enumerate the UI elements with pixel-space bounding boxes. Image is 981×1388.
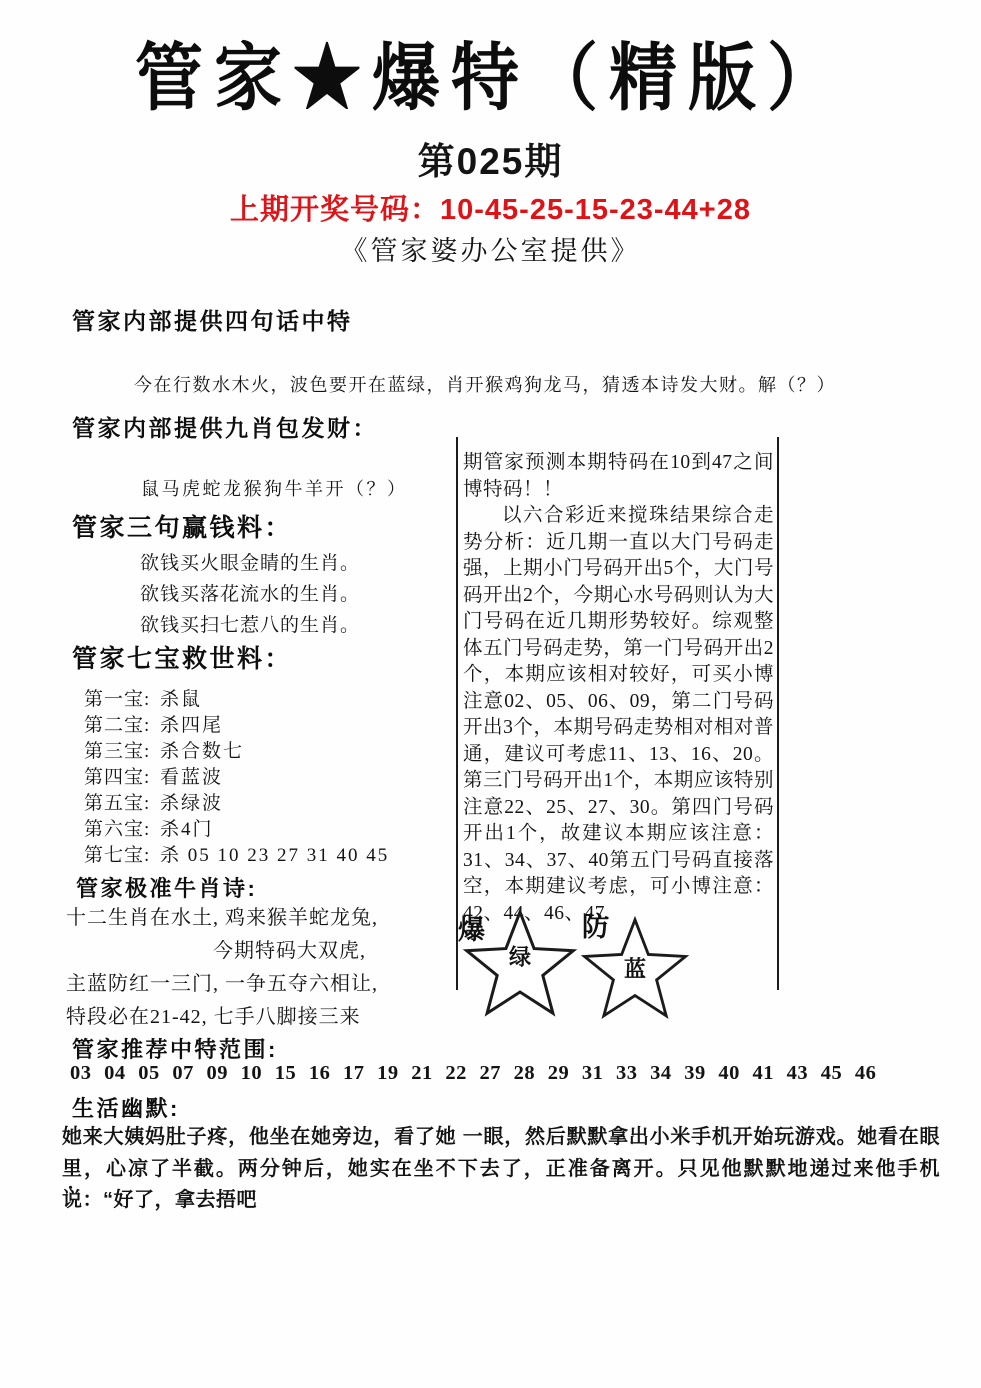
prediction-analysis-text: 期管家预测本期特码在10到47之间博特码！！ 以六合彩近来搅珠结果综合走势分析：… [463, 450, 774, 927]
section-heading-range: 管家推荐中特范围: [72, 1033, 278, 1064]
treasure-value: 杀4门 [160, 817, 214, 843]
poem-line: 特段必在21-42, 七手八脚接三来 [66, 1000, 361, 1029]
humor-body: 她来大姨妈肚子疼，他坐在她旁边，看了她 一眼，然后默默拿出小米手机开始玩游戏。她… [62, 1122, 940, 1217]
previous-draw-numbers: 上期开奖号码：10-45-25-15-23-44+28 [0, 187, 981, 228]
star-prefix-bao: 爆 [458, 908, 485, 947]
treasure-row: 第一宝: 杀鼠 [84, 687, 389, 713]
star-inner-green-label: 绿 [509, 940, 531, 971]
lottery-tip-sheet: 管家★爆特（精版） 第025期 上期开奖号码：10-45-25-15-23-44… [0, 0, 981, 1388]
humor-trailing-dot: . [68, 1172, 73, 1195]
treasure-value: 看蓝波 [160, 765, 223, 791]
range-numbers: 03 04 05 07 09 10 15 16 17 19 21 22 27 2… [70, 1062, 876, 1085]
provider-line: 《管家婆办公室提供》 [0, 229, 981, 268]
treasure-label: 第三宝: [84, 739, 160, 765]
three-sentences-line: 欲钱买落花流水的生肖。 [140, 579, 360, 610]
treasure-label: 第七宝: [84, 843, 160, 869]
masthead-title: 管家★爆特（精版） [0, 20, 981, 125]
treasure-row: 第四宝: 看蓝波 [84, 765, 389, 791]
prediction-intro: 期管家预测本期特码在10到47之间博特码！！ [463, 450, 774, 503]
treasure-label: 第五宝: [84, 791, 160, 817]
treasure-row: 第六宝: 杀4门 [84, 817, 389, 843]
treasure-row: 第三宝: 杀合数七 [84, 739, 389, 765]
treasure-value: 杀四尾 [160, 713, 223, 739]
treasure-value: 杀合数七 [160, 739, 244, 765]
treasure-row: 第二宝: 杀四尾 [84, 713, 389, 739]
section-heading-humor: 生活幽默: [72, 1092, 180, 1123]
section-heading-four-sentences: 管家内部提供四句话中特 [72, 303, 353, 336]
poem-line: 十二生肖在水土, 鸡来猴羊蛇龙兔, [66, 901, 378, 930]
treasure-row: 第五宝: 杀绿波 [84, 791, 389, 817]
four-sentences-body: 今在行数水木火，波色要开在蓝绿，肖开猴鸡狗龙马，猜透本诗发大财。解（？） [134, 371, 836, 397]
seven-treasures-list: 第一宝: 杀鼠 第二宝: 杀四尾 第三宝: 杀合数七 第四宝: 看蓝波 第五宝:… [84, 687, 389, 869]
panel-right-border [777, 437, 779, 990]
three-sentences-list: 欲钱买火眼金睛的生肖。 欲钱买落花流水的生肖。 欲钱买扫七惹八的生肖。 [140, 548, 360, 641]
section-heading-seven-treasures: 管家七宝救世料： [72, 639, 292, 675]
section-heading-ox-poem: 管家极准牛肖诗: [76, 872, 257, 903]
treasure-label: 第六宝: [84, 817, 160, 843]
treasure-value: 杀 05 10 23 27 31 40 45 [160, 843, 389, 869]
star-inner-blue-label: 蓝 [624, 952, 646, 983]
section-heading-nine-zodiac: 管家内部提供九肖包发财： [72, 410, 378, 443]
treasure-value: 杀绿波 [160, 791, 223, 817]
poem-line: 今期特码大双虎, [213, 934, 366, 963]
issue-number: 第025期 [0, 131, 981, 185]
nine-zodiac-body: 鼠马虎蛇龙猴狗牛羊开（？） [141, 475, 408, 501]
section-heading-three-sentences: 管家三句赢钱料： [72, 508, 292, 544]
treasure-row: 第七宝: 杀 05 10 23 27 31 40 45 [84, 843, 389, 869]
treasure-value: 杀鼠 [160, 687, 202, 713]
star-prefix-fang: 防 [582, 905, 609, 944]
poem-line: 主蓝防红一三门, 一争五夺六相让, [66, 967, 378, 996]
treasure-label: 第四宝: [84, 765, 160, 791]
treasure-label: 第二宝: [84, 713, 160, 739]
prediction-analysis: 以六合彩近来搅珠结果综合走势分析：近几期一直以大门号码走强，上期小门号码开出5个… [463, 503, 774, 927]
treasure-label: 第一宝: [84, 687, 160, 713]
three-sentences-line: 欲钱买扫七惹八的生肖。 [140, 610, 360, 641]
three-sentences-line: 欲钱买火眼金睛的生肖。 [140, 548, 360, 579]
